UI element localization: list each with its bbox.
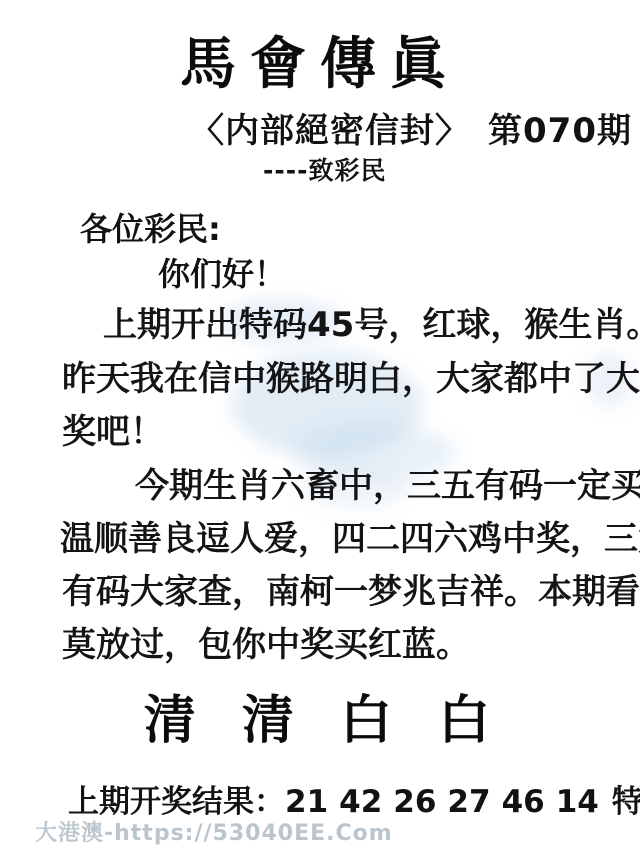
special-number: 特45	[612, 784, 640, 820]
result-number: 27	[447, 784, 490, 820]
result-number: 46	[502, 784, 545, 820]
issue-number: 第070期	[488, 111, 632, 151]
salutation: 各位彩民:	[80, 204, 221, 250]
body-line-3: 奖吧！	[62, 404, 164, 453]
results-line: 上期开奖结果：214226274614特45	[68, 776, 640, 821]
body-line-5: 温顺善良逗人爱，四二四六鸡中奖，三六	[60, 511, 640, 560]
body-line-7: 莫放过，包你中奖买红蓝。	[62, 617, 470, 666]
envelope-label: 〈内部絕密信封〉	[190, 111, 470, 151]
fax-sheet: 馬會傳眞 〈内部絕密信封〉第070期 ----致彩民 各位彩民: 你们好！ 上期…	[0, 0, 640, 853]
result-number: 14	[556, 784, 599, 820]
dedication-line: ----致彩民	[263, 151, 387, 187]
body-line-6: 有码大家查，南柯一梦兆吉祥。本期看好	[62, 564, 640, 613]
page-title: 馬會傳眞	[0, 20, 640, 100]
greeting: 你们好！	[158, 249, 286, 295]
result-number: 42	[339, 784, 382, 820]
slogan: 清 清 白 白	[0, 678, 640, 753]
site-watermark: 大港澳-https://53040EE.Com	[35, 816, 393, 847]
body-line-1: 上期开出特码45号，红球，猴生肖。	[103, 297, 640, 346]
body-line-2: 昨天我在信中猴路明白，大家都中了大	[62, 351, 640, 400]
subtitle: 〈内部絕密信封〉第070期	[190, 103, 632, 152]
result-number: 26	[393, 784, 436, 820]
result-number: 21	[285, 784, 328, 820]
body-line-4: 今期生肖六畜中，三五有码一定买。	[135, 458, 640, 507]
results-label: 上期开奖结果：	[68, 784, 285, 820]
